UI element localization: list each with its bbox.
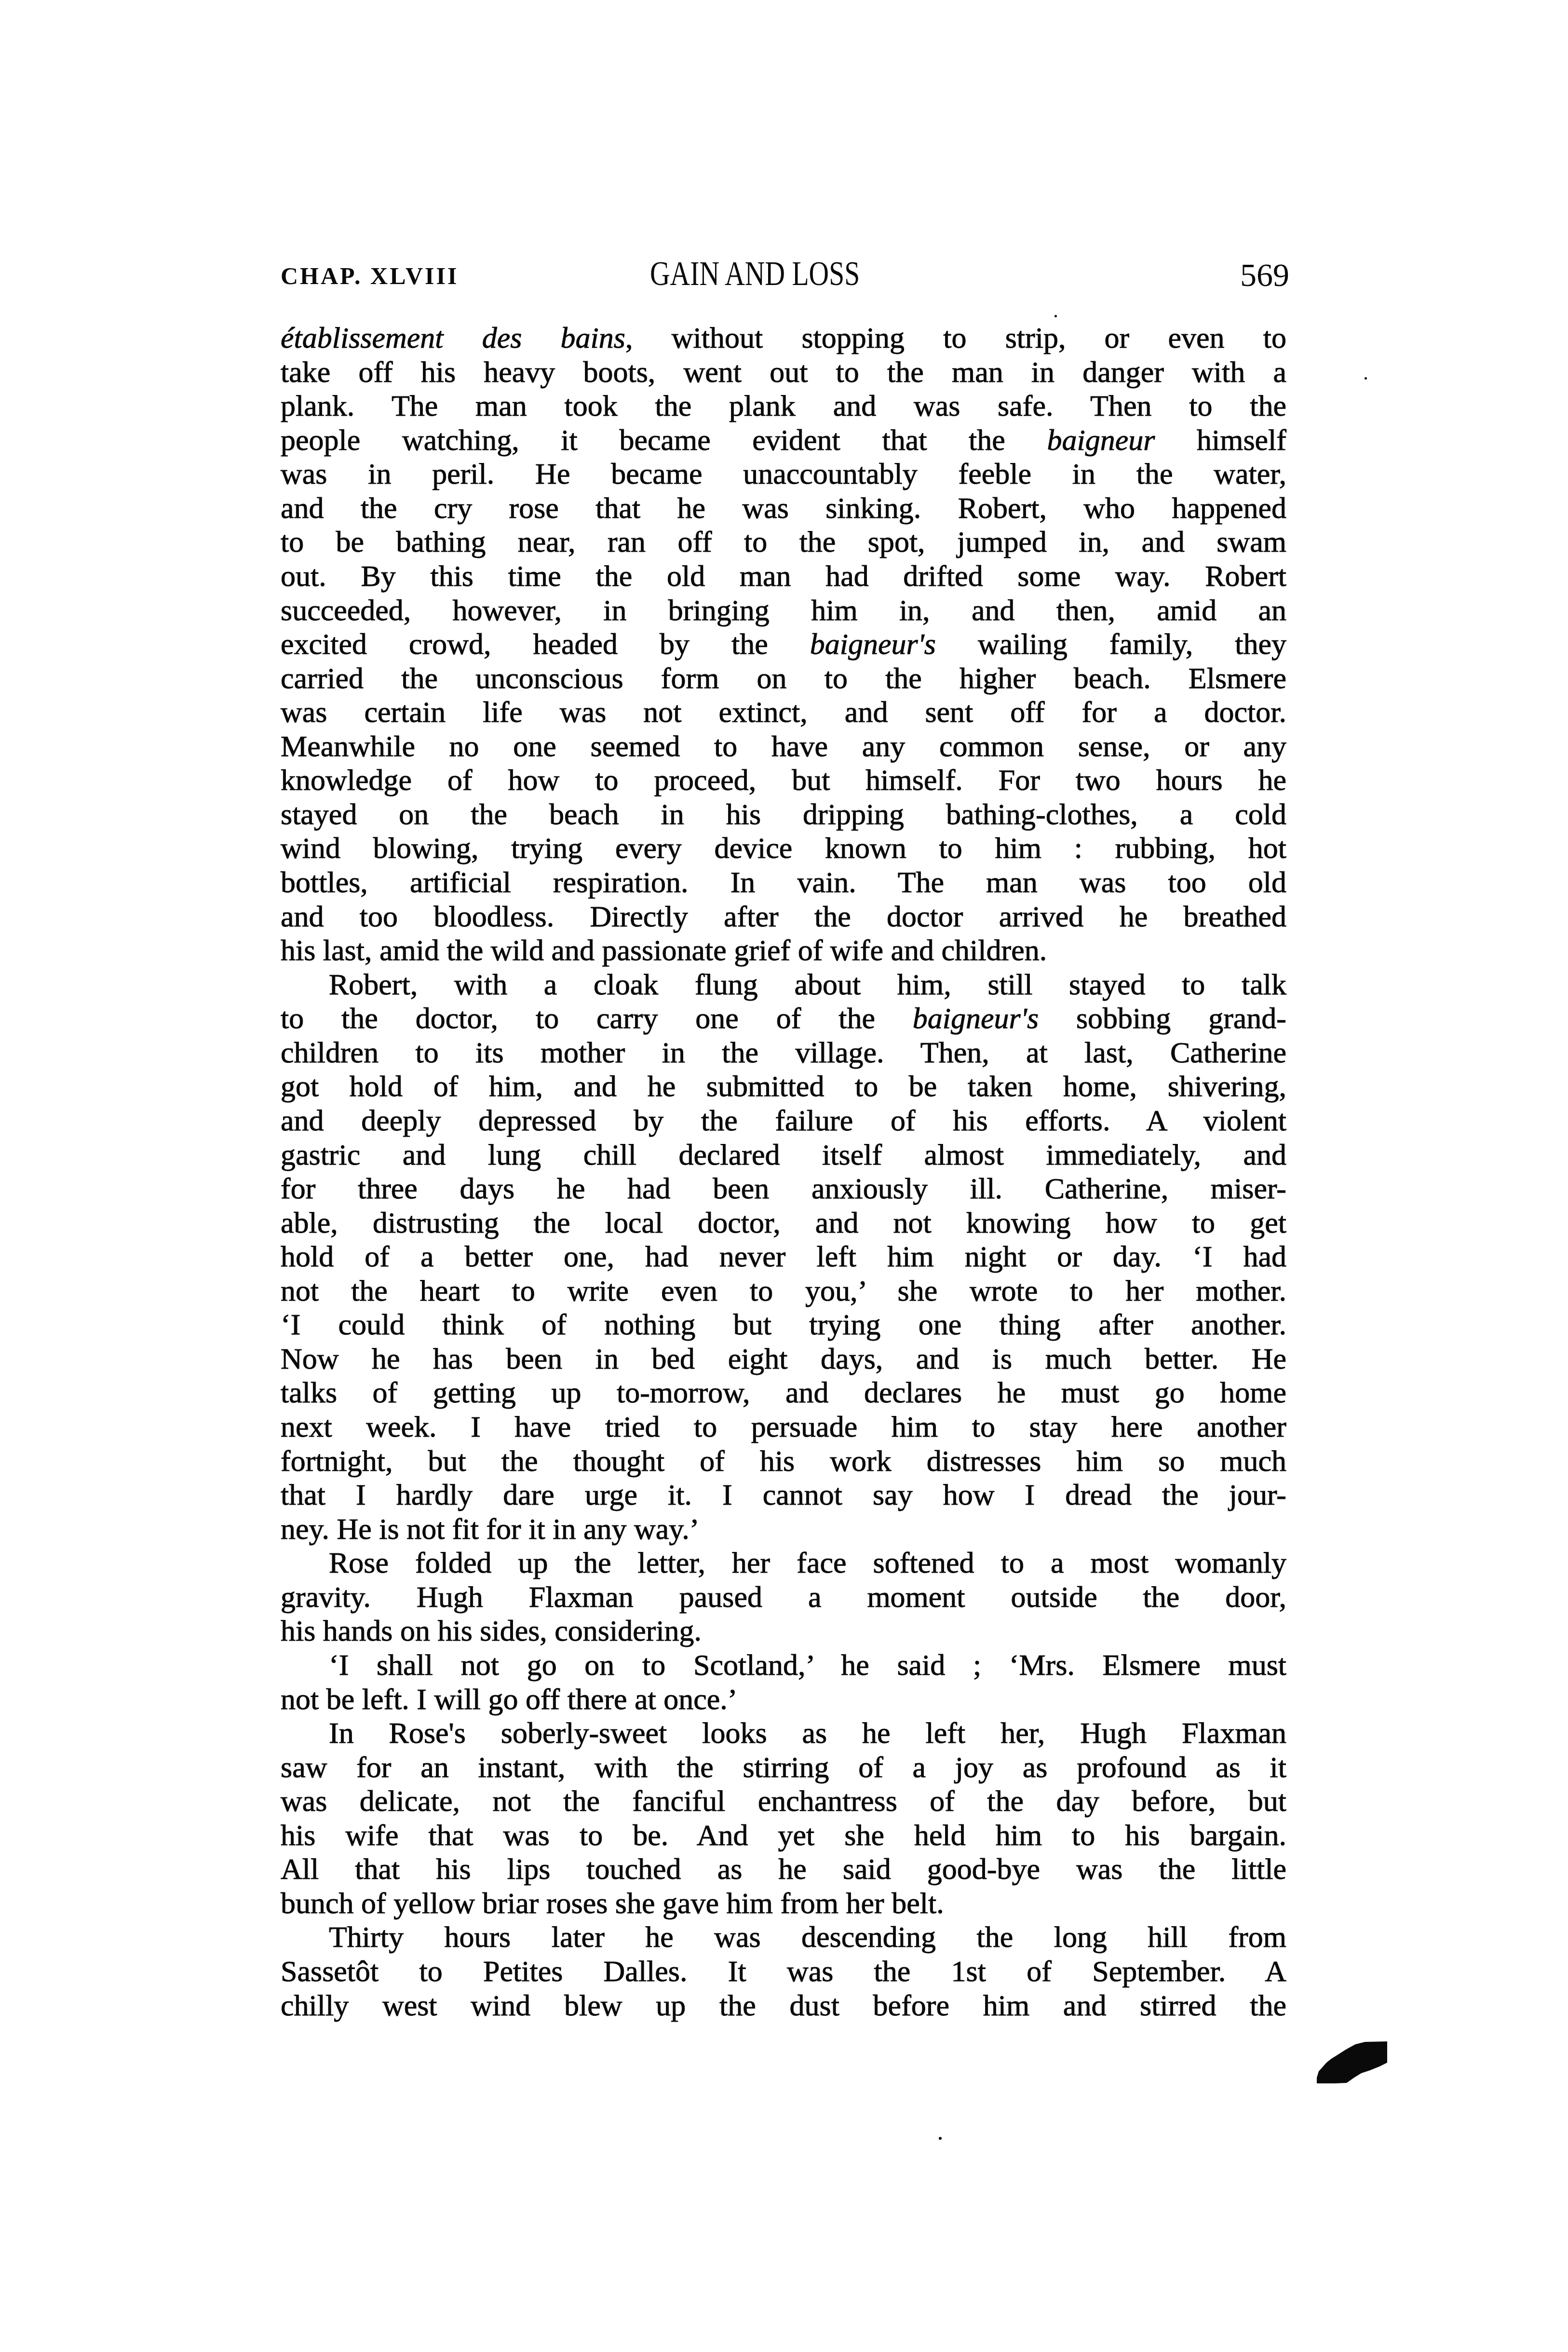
speck-mark	[939, 2137, 942, 2140]
text-line: carried the unconscious form on to the h…	[281, 662, 1286, 696]
text-line: Sassetôt to Petites Dalles. It was the 1…	[281, 1955, 1286, 1989]
text-segment: stayed on the beach in his dripping bath…	[281, 798, 1286, 831]
speck-mark	[1365, 377, 1367, 380]
text-segment: and deeply depressed by the failure of h…	[281, 1104, 1286, 1137]
text-line: saw for an instant, with the stirring of…	[281, 1751, 1286, 1785]
text-line: bottles, artificial respiration. In vain…	[281, 866, 1286, 900]
text-segment: was in peril. He became unaccountably fe…	[281, 458, 1286, 490]
text-line: that I hardly dare urge it. I cannot say…	[281, 1478, 1286, 1512]
text-segment: chilly west wind blew up the dust before…	[281, 1989, 1286, 2022]
text-segment: All that his lips touched as he said goo…	[281, 1853, 1286, 1886]
text-line: Meanwhile no one seemed to have any comm…	[281, 730, 1286, 764]
text-line: ‘I shall not go on to Scotland,’ he said…	[281, 1648, 1286, 1683]
text-segment: knowledge of how to proceed, but himself…	[281, 764, 1286, 797]
text-line: his wife that was to be. And yet she hel…	[281, 1819, 1286, 1853]
text-line: was delicate, not the fanciful enchantre…	[281, 1784, 1286, 1819]
text-segment: wind blowing, trying every device known …	[281, 832, 1286, 865]
text-segment: gastric and lung chill declared itself a…	[281, 1139, 1286, 1171]
text-segment: got hold of him, and he submitted to be …	[281, 1070, 1286, 1103]
text-line: gastric and lung chill declared itself a…	[281, 1138, 1286, 1172]
text-segment: not the heart to write even to you,’ she…	[281, 1275, 1286, 1307]
text-segment: bunch of yellow briar roses she gave him…	[281, 1887, 944, 1920]
text-segment: In Rose's soberly-sweet looks as he left…	[329, 1717, 1286, 1750]
text-line: gravity. Hugh Flaxman paused a moment ou…	[281, 1580, 1286, 1615]
text-line: able, distrusting the local doctor, and …	[281, 1206, 1286, 1240]
text-line: got hold of him, and he submitted to be …	[281, 1070, 1286, 1104]
text-segment: and too bloodless. Directly after the do…	[281, 900, 1286, 933]
text-segment: was delicate, not the fanciful enchantre…	[281, 1785, 1286, 1818]
page-number: 569	[1240, 258, 1286, 291]
text-segment: his last, amid the wild and passionate g…	[281, 934, 1047, 967]
text-segment: plank. The man took the plank and was sa…	[281, 390, 1286, 422]
text-line: was certain life was not extinct, and se…	[281, 695, 1286, 730]
text-line: to be bathing near, ran off to the spot,…	[281, 525, 1286, 559]
ink-blot-icon	[1317, 2041, 1387, 2083]
text-segment: Now he has been in bed eight days, and i…	[281, 1343, 1286, 1375]
text-segment: his hands on his sides, considering.	[281, 1615, 702, 1647]
text-line: établissement des bains, without stoppin…	[281, 321, 1286, 355]
text-line: and the cry rose that he was sinking. Ro…	[281, 491, 1286, 526]
text-line: Now he has been in bed eight days, and i…	[281, 1342, 1286, 1376]
running-header-chapter: CHAP. XLVIII	[281, 264, 459, 288]
text-line: and too bloodless. Directly after the do…	[281, 900, 1286, 934]
text-segment: to be bathing near, ran off to the spot,…	[281, 526, 1286, 558]
running-header-title-text: GAIN AND LOSS	[650, 256, 860, 291]
book-page: CHAP. XLVIII GAIN AND LOSS 569 établisse…	[0, 0, 1568, 2352]
text-segment: to the doctor, to carry one of the	[281, 1002, 913, 1035]
text-segment: Thirty hours later he was descending the…	[329, 1921, 1286, 1954]
text-line: wind blowing, trying every device known …	[281, 831, 1286, 866]
speck-mark	[1054, 315, 1057, 317]
text-segment: Robert, with a cloak flung about him, st…	[329, 968, 1286, 1001]
text-line: talks of getting up to-morrow, and decla…	[281, 1376, 1286, 1410]
text-segment: wailing family, they	[936, 628, 1286, 661]
text-segment: out. By this time the old man had drifte…	[281, 560, 1286, 593]
text-line: not the heart to write even to you,’ she…	[281, 1274, 1286, 1308]
text-segment: Rose folded up the letter, her face soft…	[329, 1547, 1286, 1579]
text-segment: children to its mother in the village. T…	[281, 1036, 1286, 1069]
text-line: ney. He is not fit for it in any way.’	[281, 1512, 1286, 1547]
text-segment: fortnight, but the thought of his work d…	[281, 1445, 1286, 1478]
text-segment: Sassetôt to Petites Dalles. It was the 1…	[281, 1955, 1286, 1988]
text-segment: ‘I shall not go on to Scotland,’ he said…	[329, 1649, 1286, 1682]
text-line: In Rose's soberly-sweet looks as he left…	[281, 1716, 1286, 1751]
text-line: stayed on the beach in his dripping bath…	[281, 798, 1286, 832]
text-line: Thirty hours later he was descending the…	[281, 1920, 1286, 1955]
text-segment: saw for an instant, with the stirring of…	[281, 1751, 1286, 1784]
text-segment: , without stopping to strip, or even to	[625, 322, 1286, 354]
text-segment: was certain life was not extinct, and se…	[281, 696, 1286, 729]
text-segment: not be left. I will go off there at once…	[281, 1683, 737, 1716]
text-line: children to its mother in the village. T…	[281, 1036, 1286, 1070]
text-line: out. By this time the old man had drifte…	[281, 559, 1286, 594]
running-header-title: GAIN AND LOSS	[650, 256, 914, 291]
italic-text-segment: établissement des bains	[281, 322, 625, 354]
text-line: ‘I could think of nothing but trying one…	[281, 1308, 1286, 1342]
text-segment: take off his heavy boots, went out to th…	[281, 356, 1286, 389]
text-segment: able, distrusting the local doctor, and …	[281, 1207, 1286, 1239]
text-segment: sobbing grand-	[1039, 1002, 1286, 1035]
text-line: take off his heavy boots, went out to th…	[281, 355, 1286, 390]
text-segment: talks of getting up to-morrow, and decla…	[281, 1376, 1286, 1409]
text-line: chilly west wind blew up the dust before…	[281, 1989, 1286, 2023]
text-line: people watching, it became evident that …	[281, 423, 1286, 458]
text-segment: and the cry rose that he was sinking. Ro…	[281, 492, 1286, 525]
text-line: fortnight, but the thought of his work d…	[281, 1444, 1286, 1479]
text-segment: for three days he had been anxiously ill…	[281, 1172, 1286, 1205]
text-segment: ‘I could think of nothing but trying one…	[281, 1308, 1286, 1341]
text-segment: hold of a better one, had never left him…	[281, 1240, 1286, 1273]
text-line: excited crowd, headed by the baigneur's …	[281, 627, 1286, 662]
text-segment: Meanwhile no one seemed to have any comm…	[281, 730, 1286, 763]
text-segment: excited crowd, headed by the	[281, 628, 810, 661]
text-line: his last, amid the wild and passionate g…	[281, 934, 1286, 968]
text-segment: gravity. Hugh Flaxman paused a moment ou…	[281, 1581, 1286, 1614]
text-line: Rose folded up the letter, her face soft…	[281, 1546, 1286, 1580]
text-segment: himself	[1155, 424, 1286, 457]
body-text: établissement des bains, without stoppin…	[281, 321, 1286, 2023]
text-segment: next week. I have tried to persuade him …	[281, 1411, 1286, 1443]
text-line: his hands on his sides, considering.	[281, 1614, 1286, 1648]
text-line: bunch of yellow briar roses she gave him…	[281, 1887, 1286, 1921]
text-segment: that I hardly dare urge it. I cannot say…	[281, 1479, 1286, 1511]
text-line: for three days he had been anxiously ill…	[281, 1172, 1286, 1206]
text-line: hold of a better one, had never left him…	[281, 1240, 1286, 1274]
text-line: to the doctor, to carry one of the baign…	[281, 1002, 1286, 1036]
text-line: knowledge of how to proceed, but himself…	[281, 763, 1286, 798]
text-segment: ney. He is not fit for it in any way.’	[281, 1513, 699, 1546]
text-segment: his wife that was to be. And yet she hel…	[281, 1819, 1286, 1852]
text-line: not be left. I will go off there at once…	[281, 1683, 1286, 1717]
text-line: Robert, with a cloak flung about him, st…	[281, 968, 1286, 1002]
text-line: All that his lips touched as he said goo…	[281, 1852, 1286, 1887]
text-segment: people watching, it became evident that …	[281, 424, 1047, 457]
text-segment: carried the unconscious form on to the h…	[281, 662, 1286, 695]
italic-text-segment: baigneur's	[913, 1002, 1039, 1035]
text-line: plank. The man took the plank and was sa…	[281, 389, 1286, 423]
italic-text-segment: baigneur's	[810, 628, 936, 661]
text-line: was in peril. He became unaccountably fe…	[281, 457, 1286, 491]
text-line: and deeply depressed by the failure of h…	[281, 1104, 1286, 1138]
text-segment: bottles, artificial respiration. In vain…	[281, 866, 1286, 899]
italic-text-segment: baigneur	[1047, 424, 1155, 457]
text-segment: succeeded, however, in bringing him in, …	[281, 594, 1286, 627]
text-line: next week. I have tried to persuade him …	[281, 1410, 1286, 1444]
text-line: succeeded, however, in bringing him in, …	[281, 594, 1286, 628]
